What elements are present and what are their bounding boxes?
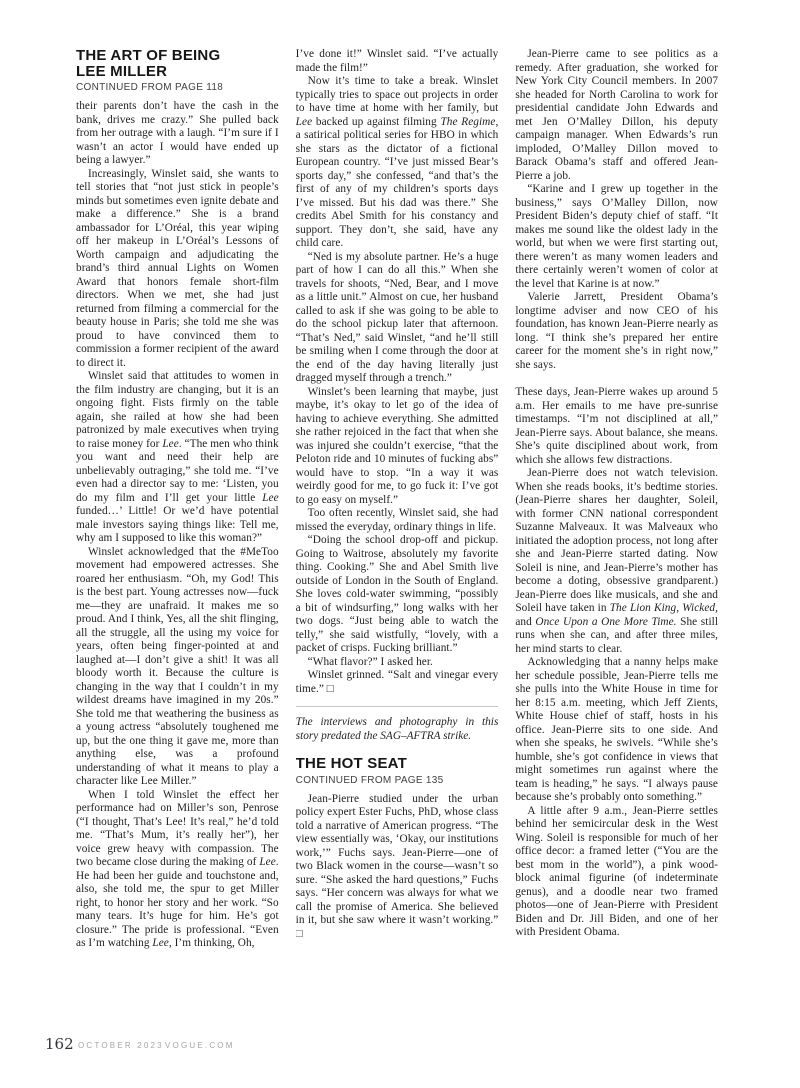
- text-segment: Too often recently, Winslet said, she ha…: [296, 507, 499, 533]
- paragraph: Jean-Pierre studied under the urban poli…: [296, 793, 499, 942]
- paragraph: Winslet grinned. “Salt and vinegar every…: [296, 669, 499, 696]
- text-segment: I’ve done it!” Winslet said. “I’ve actua…: [296, 48, 499, 74]
- columns-container: THE ART OF BEINGLEE MILLERCONTINUED FROM…: [76, 48, 718, 1030]
- text-segment: Now it’s time to take a break. Winslet t…: [296, 75, 499, 114]
- text-segment: A little after 9 a.m., Jean-Pierre settl…: [515, 805, 718, 939]
- italic-text: The Lion King, Wicked,: [610, 602, 718, 614]
- site-url: VOGUE.COM: [165, 1041, 235, 1050]
- text-segment: Increasingly, Winslet said, she wants to…: [76, 168, 279, 369]
- text-segment: These days, Jean-Pierre wakes up around …: [515, 386, 718, 466]
- text-segment: Acknowledging that a nanny helps make he…: [515, 656, 718, 803]
- divider-rule: [296, 706, 499, 707]
- issue-date: OCTOBER 2023: [78, 1041, 164, 1050]
- text-segment: Winslet acknowledged that the #MeToo mov…: [76, 546, 279, 788]
- continued-from-label: CONTINUED FROM PAGE 135: [296, 775, 499, 786]
- text-segment: “Doing the school drop-off and pickup. G…: [296, 534, 499, 654]
- paragraph: Valerie Jarrett, President Obama’s longt…: [515, 291, 718, 372]
- paragraph: Jean-Pierre does not watch television. W…: [515, 467, 718, 656]
- paragraph: I’ve done it!” Winslet said. “I’ve actua…: [296, 48, 499, 75]
- text-segment: Winslet grinned. “Salt and vinegar every…: [296, 669, 499, 695]
- text-segment: “Ned is my absolute partner. He’s a huge…: [296, 251, 499, 385]
- italic-text: The interviews and photography in this s…: [296, 716, 499, 742]
- paragraph: Increasingly, Winslet said, she wants to…: [76, 168, 279, 371]
- paragraph: These days, Jean-Pierre wakes up around …: [515, 386, 718, 467]
- italic-text: Lee: [259, 856, 275, 868]
- credit-note: The interviews and photography in this s…: [296, 716, 499, 743]
- text-segment: “What flavor?” I asked her.: [308, 656, 433, 668]
- text-segment: When I told Winslet the effect her perfo…: [76, 789, 279, 869]
- text-segment: Valerie Jarrett, President Obama’s longt…: [515, 291, 718, 371]
- italic-text: Lee: [262, 492, 278, 504]
- italic-text: Lee: [296, 116, 312, 128]
- paragraph: Jean-Pierre came to see politics as a re…: [515, 48, 718, 183]
- paragraph: Too often recently, Winslet said, she ha…: [296, 507, 499, 534]
- paragraph: A little after 9 a.m., Jean-Pierre settl…: [515, 805, 718, 940]
- text-segment: funded…’ Little! Or we’d have potential …: [76, 505, 279, 544]
- paragraph: their parents don’t have the cash in the…: [76, 100, 279, 168]
- text-segment: Jean-Pierre studied under the urban poli…: [296, 793, 499, 940]
- article-header: THE ART OF BEINGLEE MILLERCONTINUED FROM…: [76, 48, 279, 93]
- magazine-page: THE ART OF BEINGLEE MILLERCONTINUED FROM…: [0, 0, 800, 1088]
- column-3: Jean-Pierre came to see politics as a re…: [515, 48, 718, 1030]
- paragraph: Now it’s time to take a break. Winslet t…: [296, 75, 499, 251]
- page-number: 162: [45, 1035, 74, 1053]
- text-segment: . He had been her guide and touchstone a…: [76, 856, 279, 949]
- section-break: [515, 372, 718, 386]
- text-segment: “Karine and I grew up together in the bu…: [515, 183, 718, 290]
- paragraph: “What flavor?” I asked her.: [296, 656, 499, 670]
- text-segment: Jean-Pierre does not watch television. W…: [515, 467, 718, 614]
- paragraph: “Doing the school drop-off and pickup. G…: [296, 534, 499, 656]
- article-header: THE HOT SEATCONTINUED FROM PAGE 135: [296, 756, 499, 786]
- paragraph: Winslet acknowledged that the #MeToo mov…: [76, 546, 279, 789]
- continued-from-label: CONTINUED FROM PAGE 118: [76, 82, 279, 93]
- italic-text: Lee: [162, 438, 178, 450]
- text-segment: backed up against filming: [312, 116, 440, 128]
- paragraph: “Ned is my absolute partner. He’s a huge…: [296, 251, 499, 386]
- column-2: I’ve done it!” Winslet said. “I’ve actua…: [296, 48, 499, 1030]
- italic-text: Lee,: [152, 937, 171, 949]
- article-title-line: LEE MILLER: [76, 64, 279, 80]
- text-segment: Winslet’s been learning that maybe, just…: [296, 386, 499, 506]
- article-title: THE ART OF BEINGLEE MILLER: [76, 48, 279, 79]
- italic-text: Once Upon a One More Time.: [535, 616, 676, 628]
- italic-text: The Regime,: [440, 116, 498, 128]
- paragraph: When I told Winslet the effect her perfo…: [76, 789, 279, 951]
- article-title: THE HOT SEAT: [296, 756, 499, 772]
- article-title-line: THE HOT SEAT: [296, 756, 499, 772]
- paragraph: Winslet’s been learning that maybe, just…: [296, 386, 499, 508]
- article-title-line: THE ART OF BEING: [76, 48, 279, 64]
- column-1: THE ART OF BEINGLEE MILLERCONTINUED FROM…: [76, 48, 279, 1030]
- paragraph: Acknowledging that a nanny helps make he…: [515, 656, 718, 805]
- text-segment: and: [515, 616, 535, 628]
- text-segment: Jean-Pierre came to see politics as a re…: [515, 48, 718, 182]
- paragraph: “Karine and I grew up together in the bu…: [515, 183, 718, 291]
- text-segment: a satirical political series for HBO in …: [296, 129, 499, 249]
- paragraph: Winslet said that attitudes to women in …: [76, 370, 279, 546]
- text-segment: their parents don’t have the cash in the…: [76, 100, 279, 166]
- text-segment: I’m thinking, Oh,: [172, 937, 255, 949]
